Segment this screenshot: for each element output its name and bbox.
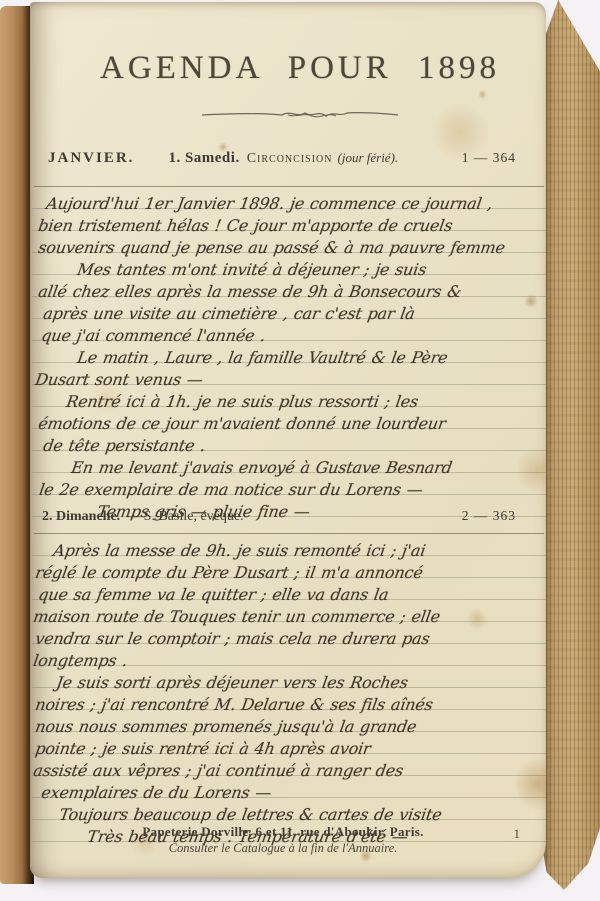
book-photo: AGENDA POUR 1898 JANVIER. 1. Samedi. Cir… [0, 0, 600, 901]
ruled-line: Mes tantes m'ont invité à déjeuner ; je … [32, 253, 546, 275]
catalogue-note: Consulter le Catalogue à la fin de l'Ann… [60, 841, 506, 856]
ruled-line: après une visite au cimetière , car c'es… [32, 297, 546, 319]
entry-january-1: Aujourd'hui 1er Janvier 1898. je commenc… [32, 187, 546, 517]
month-label: JANVIER. [48, 150, 134, 167]
ruled-line: longtemps . [32, 644, 546, 666]
ruled-line: que j'ai commencé l'année . [32, 319, 546, 341]
entry-january-2: Après la messe de 9h. je suis remonté ic… [32, 534, 546, 842]
page-title: AGENDA POUR 1898 [60, 50, 540, 87]
book-spine [0, 6, 34, 884]
day-header-january-2: 2. Dimanche. — S. Basile, évêque. 2 — 36… [42, 508, 542, 525]
day-page-counter: 2 — 363 [462, 508, 516, 524]
ruled-line: maison route de Touques tenir un commerc… [32, 600, 546, 622]
day-page-counter: 1 — 364 [462, 150, 516, 166]
ruled-line: Après la messe de 9h. je suis remonté ic… [32, 534, 546, 556]
ruled-line: émotions de ce jour m'avaient donné une … [32, 407, 546, 429]
ruled-line: En me levant j'avais envoyé à Gustave Be… [32, 451, 546, 473]
ruled-line: Le matin , Laure , la famille Vaultré & … [32, 341, 546, 363]
page-number: 1 [514, 826, 521, 842]
ruled-line: nous nous sommes promenés jusqu'à la gra… [32, 710, 546, 732]
feast-label: Circoncision [247, 151, 333, 167]
ruled-line: assisté aux vêpres ; j'ai continué à ran… [32, 754, 546, 776]
ruled-line: Toujours beaucoup de lettres & cartes de… [32, 798, 546, 820]
ruled-line: Rentré ici à 1h. je ne suis plus ressort… [32, 385, 546, 407]
ruled-line: le 2e exemplaire de ma notice sur du Lor… [32, 473, 546, 495]
stain [478, 90, 487, 99]
feast-note: (jour férié). [338, 150, 399, 166]
ruled-line: de tête persistante . [32, 429, 546, 451]
ruled-line: vendra sur le comptoir ; mais cela ne du… [32, 622, 546, 644]
ruled-line: souvenirs quand je pense au passé & à ma… [32, 231, 546, 253]
day-header-january-1: JANVIER. 1. Samedi. Circoncision (jour f… [48, 150, 542, 167]
ruled-line: exemplaires de du Lorens — [32, 776, 546, 798]
day-number-name: 2. Dimanche. [42, 509, 120, 525]
day-number-name: 1. Samedi. [168, 150, 239, 167]
flourish-divider-icon [60, 106, 540, 127]
publisher-imprint: Papeterie Dorville, 6 et 11, rue d'Abouk… [60, 824, 506, 840]
ruled-line: bien tristement hélas ! Ce jour m'apport… [32, 209, 546, 231]
ruled-line: allé chez elles après la messe de 9h à B… [32, 275, 546, 297]
ruled-line: Aujourd'hui 1er Janvier 1898. je commenc… [32, 187, 546, 209]
feast-label: — S. Basile, évêque. [126, 509, 243, 525]
ruled-line: que sa femme va le quitter ; elle va dan… [32, 578, 546, 600]
diary-page: AGENDA POUR 1898 JANVIER. 1. Samedi. Cir… [30, 2, 546, 878]
page-edges [542, 0, 600, 890]
ruled-line: noires ; j'ai rencontré M. Delarue & ses… [32, 688, 546, 710]
ruled-line: Dusart sont venus — [32, 363, 546, 385]
ruled-line: Je suis sorti après déjeuner vers les Ro… [32, 666, 546, 688]
ruled-line: réglé le compte du Père Dusart ; il m'a … [32, 556, 546, 578]
ruled-line: pointe ; je suis rentré ici à 4h après a… [32, 732, 546, 754]
